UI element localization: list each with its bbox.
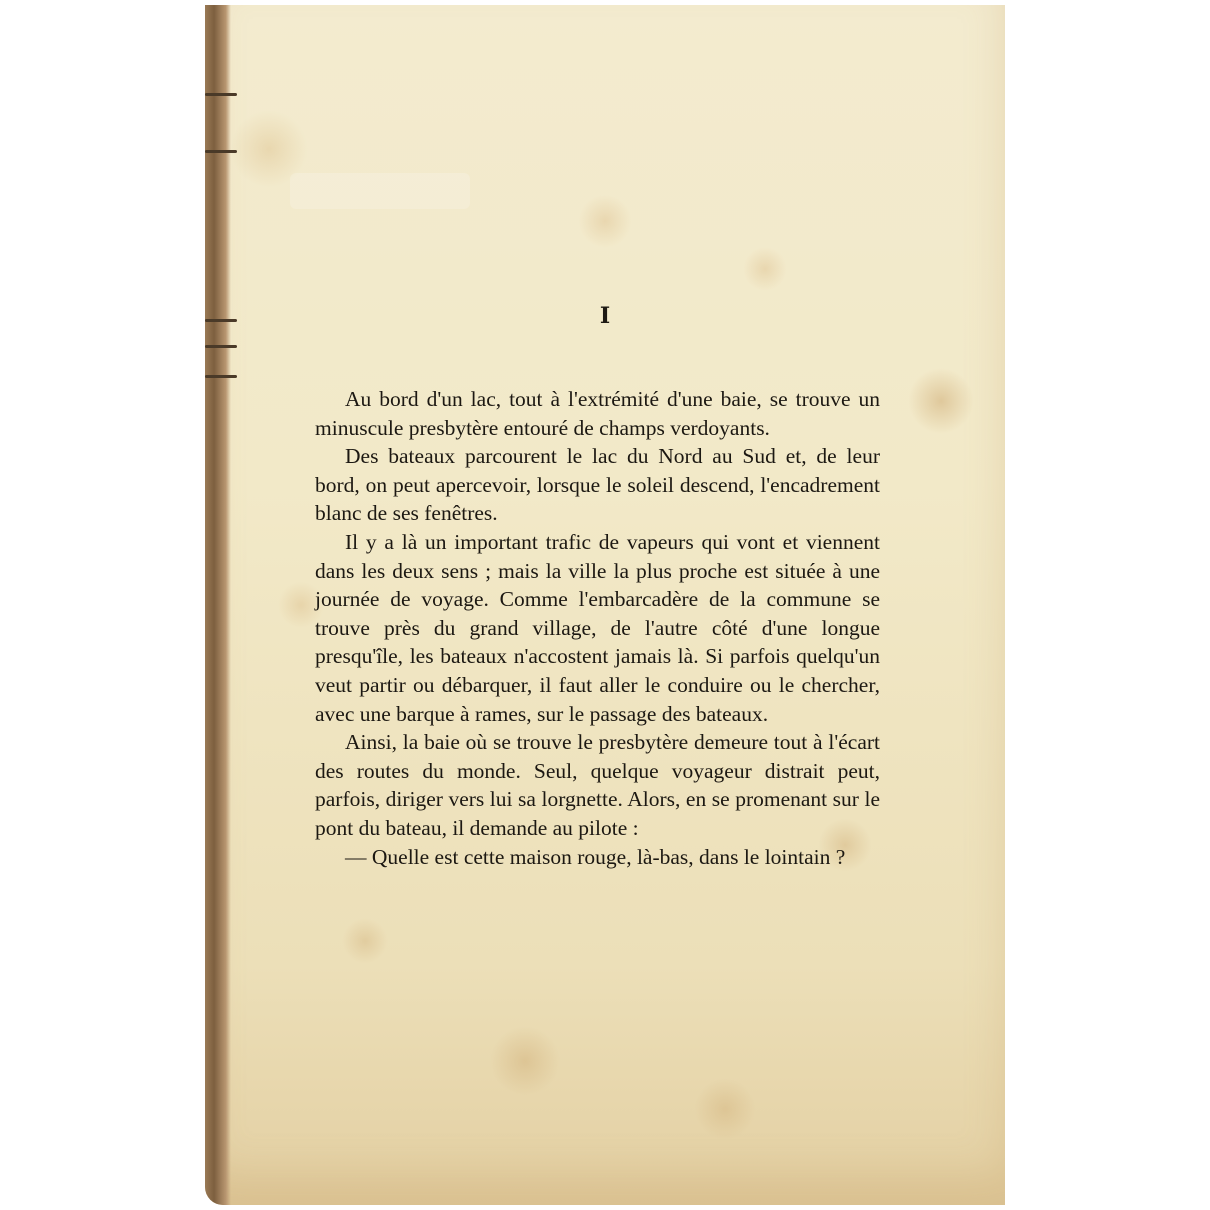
binding-stitch bbox=[205, 345, 237, 348]
paragraph: Au bord d'un lac, tout à l'extrémité d'u… bbox=[315, 385, 880, 442]
dialogue-line: — Quelle est cette maison rouge, là-bas,… bbox=[315, 843, 880, 872]
paragraph: Des bateaux parcourent le lac du Nord au… bbox=[315, 442, 880, 528]
binding-stitch bbox=[205, 375, 237, 378]
photo-frame: I Au bord d'un lac, tout à l'extrémité d… bbox=[0, 0, 1210, 1210]
book-binding-edge bbox=[205, 5, 231, 1205]
paragraph: Il y a là un important trafic de vapeurs… bbox=[315, 528, 880, 728]
book-page: I Au bord d'un lac, tout à l'extrémité d… bbox=[205, 5, 1005, 1205]
body-text: Au bord d'un lac, tout à l'extrémité d'u… bbox=[315, 385, 880, 871]
paragraph: Ainsi, la baie où se trouve le presbytèr… bbox=[315, 728, 880, 842]
binding-stitch bbox=[205, 93, 237, 96]
chapter-heading: I bbox=[205, 303, 1005, 329]
watermark-illegible bbox=[290, 173, 470, 209]
binding-stitch bbox=[205, 150, 237, 153]
